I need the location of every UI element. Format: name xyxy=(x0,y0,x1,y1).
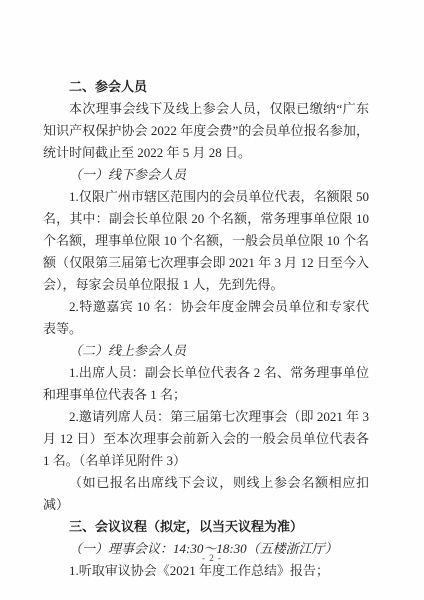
document-page: 二、参会人员 本次理事会线下及线上参会人员，仅限已缴纳“广东知识产权保护协会 2… xyxy=(0,0,424,600)
paragraph-participants-intro: 本次理事会线下及线上参会人员，仅限已缴纳“广东知识产权保护协会 2022 年度会… xyxy=(43,98,369,164)
document-body: 二、参会人员 本次理事会线下及线上参会人员，仅限已缴纳“广东知识产权保护协会 2… xyxy=(43,76,369,582)
paragraph-online-item-1: 1.出席人员：副会长单位代表各 2 名、常务理事单位和理事单位代表各 1 名； xyxy=(43,362,369,406)
paragraph-online-note: （如已报名出席线下会议，则线上参会名额相应扣减） xyxy=(43,472,369,516)
subheading-offline-participants: （一）线下参会人员 xyxy=(43,164,369,186)
section-heading-agenda: 三、会议议程（拟定，以当天议程为准） xyxy=(43,516,369,538)
page-number: - 2 - xyxy=(0,552,424,564)
paragraph-offline-item-2: 2.特邀嘉宾 10 名：协会年度金牌会员单位和专家代表等。 xyxy=(43,296,369,340)
subheading-online-participants: （二）线上参会人员 xyxy=(43,340,369,362)
paragraph-offline-item-1: 1.仅限广州市辖区范围内的会员单位代表，名额限 50 名，其中：副会长单位限 2… xyxy=(43,186,369,296)
paragraph-online-item-2: 2.邀请列席人员：第三届第七次理事会（即 2021 年 3 月 12 日）至本次… xyxy=(43,406,369,472)
section-heading-participants: 二、参会人员 xyxy=(43,76,369,98)
